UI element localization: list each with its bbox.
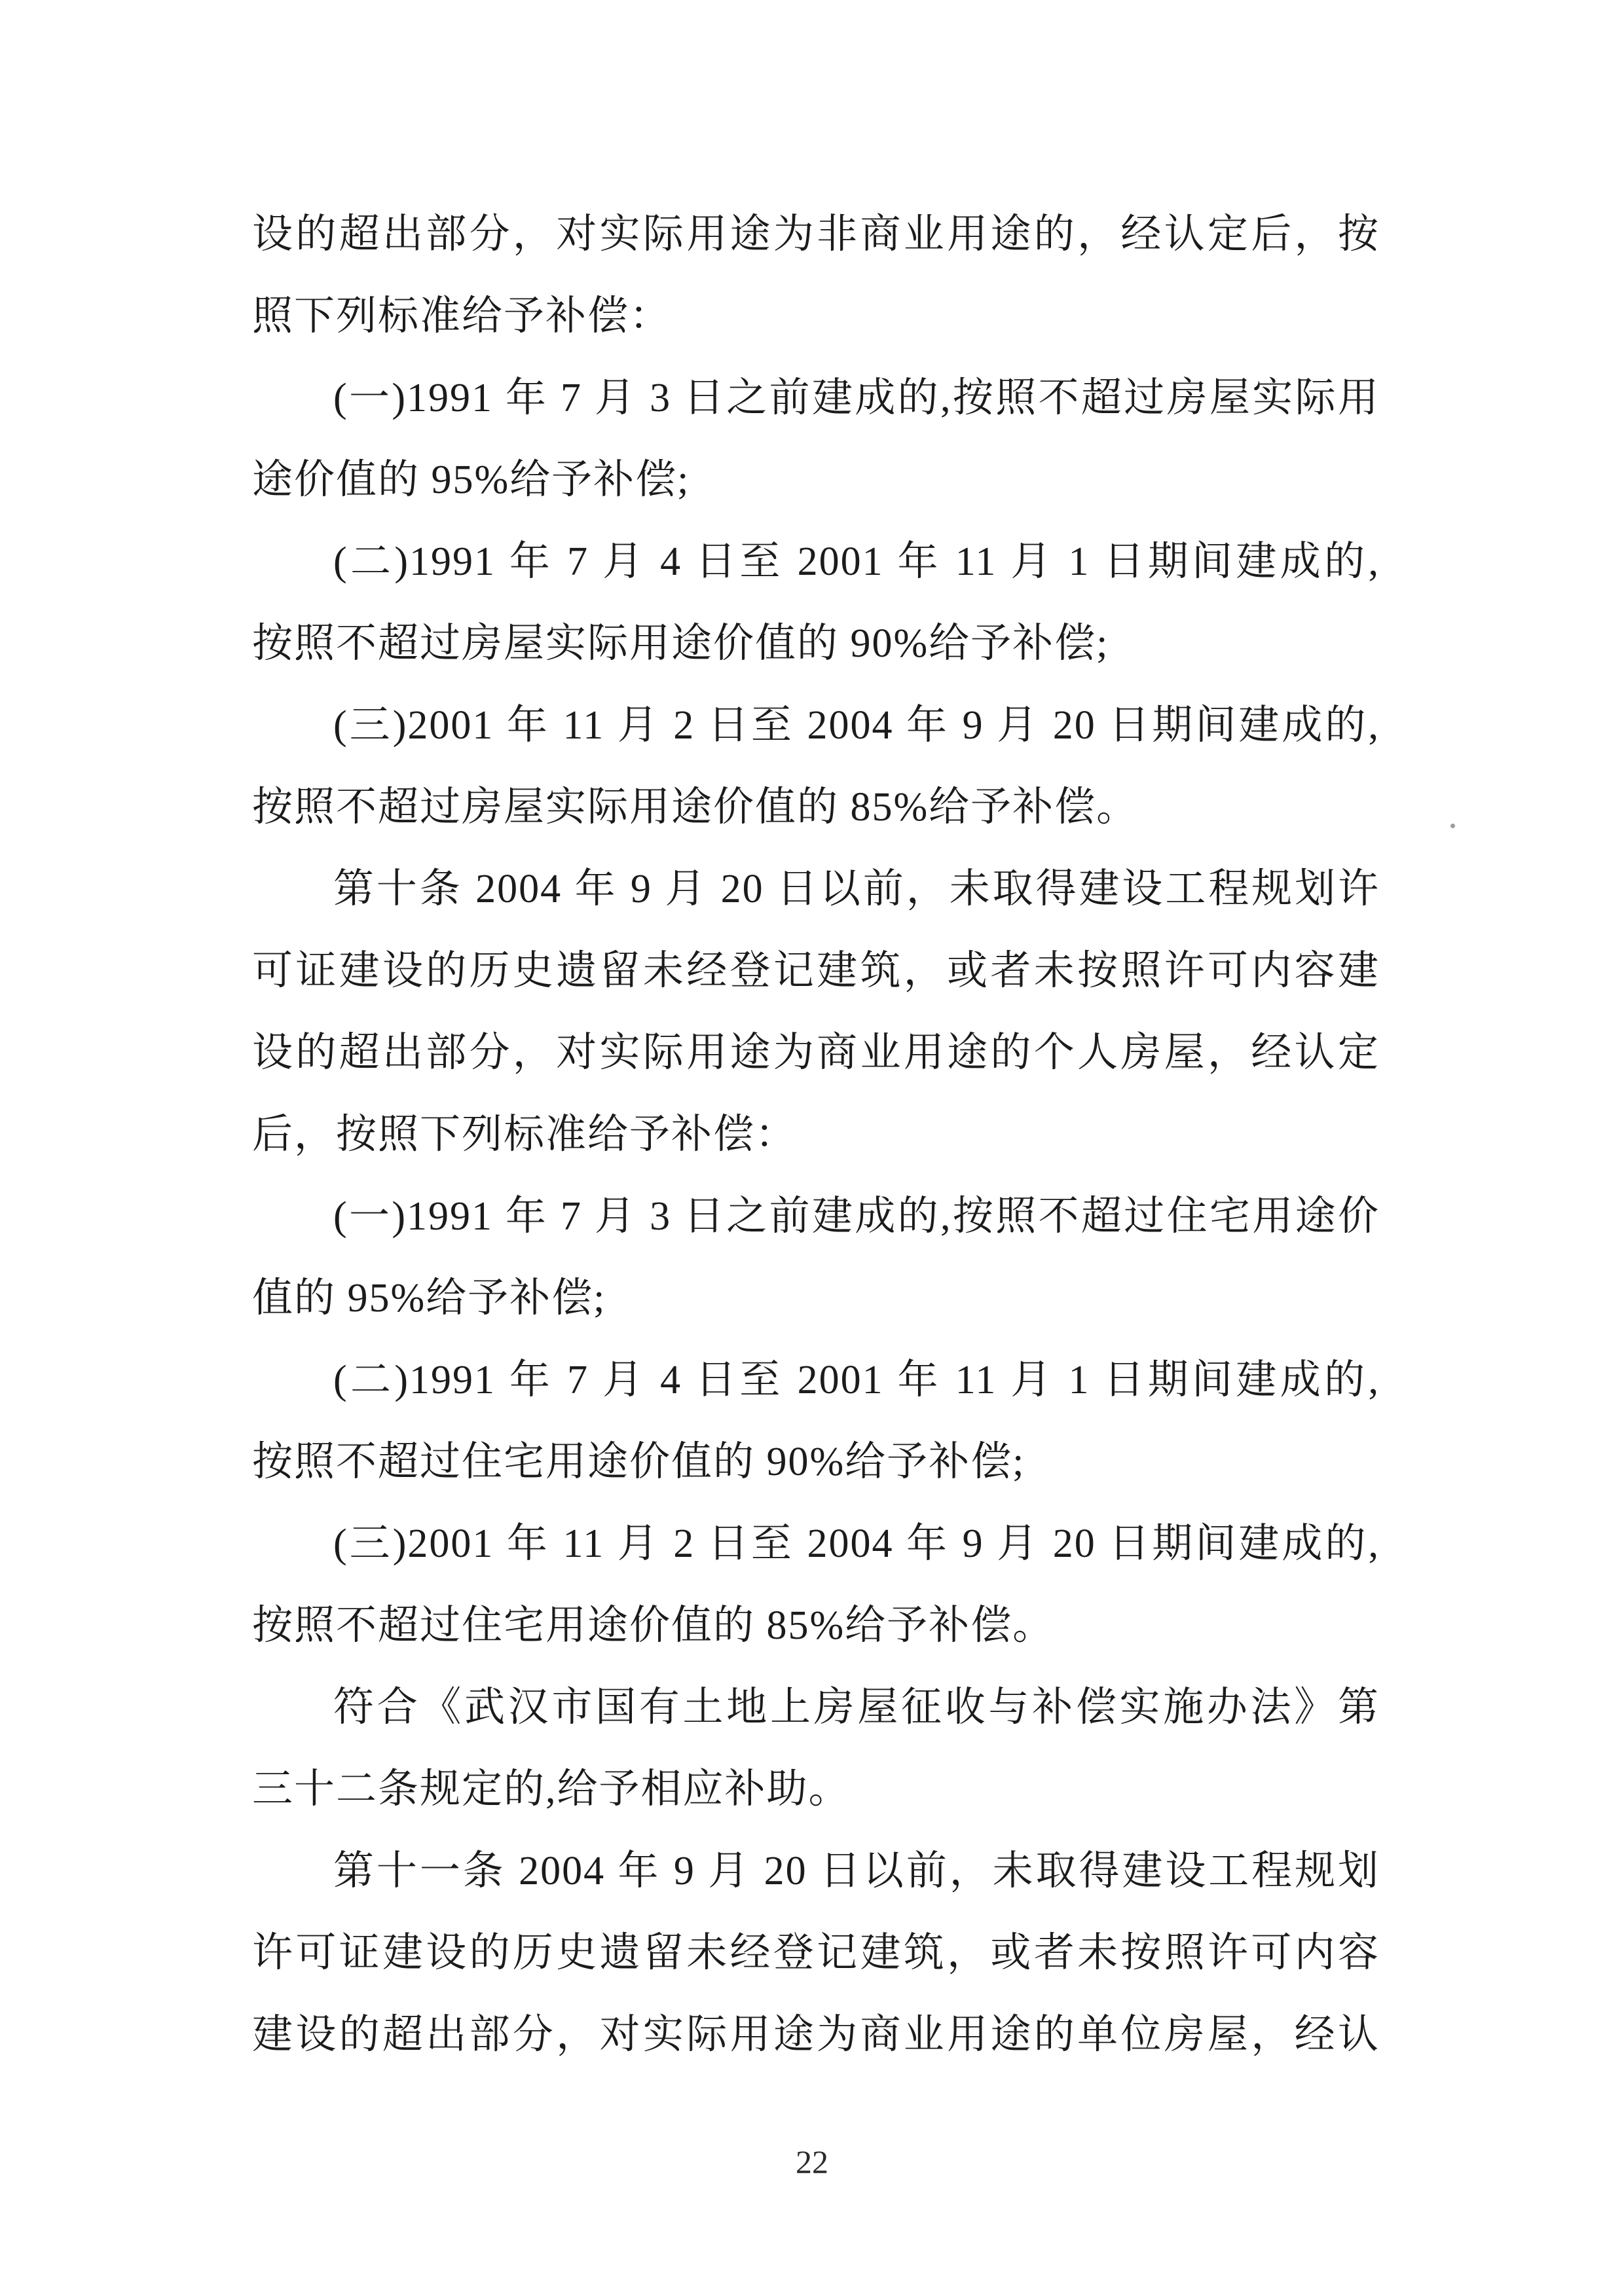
text-line: 可证建设的历史遗留未经登记建筑，或者未按照许可内容建 [252, 930, 1380, 1012]
text-line: 第十一条 2004 年 9 月 20 日以前，未取得建设工程规划 [252, 1831, 1380, 1912]
text-line: 设的超出部分，对实际用途为非商业用途的，经认定后，按 [252, 194, 1380, 276]
text-line: 按照不超过房屋实际用途价值的 90%给予补偿; [252, 603, 1380, 685]
text-line: 按照不超过房屋实际用途价值的 85%给予补偿。 [252, 767, 1380, 848]
page-number: 22 [0, 2142, 1624, 2181]
text-line: 后，按照下列标准给予补偿： [252, 1094, 1380, 1176]
text-line: 照下列标准给予补偿： [252, 276, 1380, 357]
text-line: 许可证建设的历史遗留未经登记建筑，或者未按照许可内容 [252, 1912, 1380, 1994]
document-page: { "page": { "number": "22", "background_… [0, 0, 1624, 2296]
text-line: (二)1991 年 7 月 4 日至 2001 年 11 月 1 日期间建成的, [252, 521, 1380, 603]
document-body-text: 设的超出部分，对实际用途为非商业用途的，经认定后，按 照下列标准给予补偿： (一… [252, 194, 1380, 2076]
text-line: 途价值的 95%给予补偿; [252, 439, 1380, 521]
text-line: (三)2001 年 11 月 2 日至 2004 年 9 月 20 日期间建成的… [252, 685, 1380, 767]
scan-artifact-dot [1450, 824, 1455, 828]
text-line: 设的超出部分，对实际用途为商业用途的个人房屋，经认定 [252, 1012, 1380, 1094]
page-background: 设的超出部分，对实际用途为非商业用途的，经认定后，按 照下列标准给予补偿： (一… [0, 0, 1624, 2296]
text-line: 按照不超过住宅用途价值的 85%给予补偿。 [252, 1585, 1380, 1667]
text-line: 三十二条规定的,给予相应补助。 [252, 1749, 1380, 1831]
text-line: (一)1991 年 7 月 3 日之前建成的,按照不超过房屋实际用 [252, 357, 1380, 439]
text-line: (一)1991 年 7 月 3 日之前建成的,按照不超过住宅用途价 [252, 1176, 1380, 1258]
text-line: 按照不超过住宅用途价值的 90%给予补偿; [252, 1421, 1380, 1503]
text-line: (三)2001 年 11 月 2 日至 2004 年 9 月 20 日期间建成的… [252, 1503, 1380, 1585]
text-line: 值的 95%给予补偿; [252, 1258, 1380, 1339]
text-line: (二)1991 年 7 月 4 日至 2001 年 11 月 1 日期间建成的, [252, 1339, 1380, 1421]
text-line: 第十条 2004 年 9 月 20 日以前，未取得建设工程规划许 [252, 848, 1380, 930]
text-line: 建设的超出部分，对实际用途为商业用途的单位房屋，经认 [252, 1994, 1380, 2076]
text-line: 符合《武汉市国有土地上房屋征收与补偿实施办法》第 [252, 1667, 1380, 1749]
